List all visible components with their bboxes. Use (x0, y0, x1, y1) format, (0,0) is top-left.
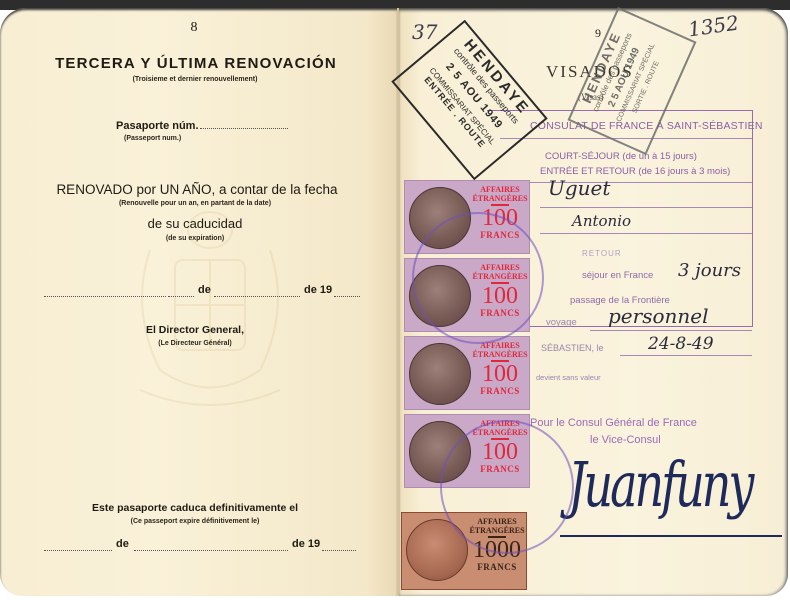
retour-label: RETOUR (582, 249, 622, 258)
passport-number-blank (200, 128, 288, 129)
expiry-text: de su caducidad (0, 216, 394, 231)
handwritten-duration: 3 jours (678, 260, 741, 281)
renewed-text: RENOVADO por UN AÑO, a contar de la fech… (0, 182, 396, 197)
date-line (620, 355, 752, 356)
marianne-portrait-icon (409, 343, 471, 405)
passport-number-label-fr: (Passeport num.) (124, 135, 181, 142)
final-de-label-2: de 19 (292, 538, 320, 550)
handwritten-first-name: Antonio (572, 212, 631, 230)
handwritten-purpose: personnel (608, 304, 709, 328)
fiscal-stamp-unit: FRANCS (471, 386, 529, 396)
fiscal-stamp-unit: FRANCS (468, 562, 526, 572)
fiscal-stamp-line2: ÉTRANGÈRES (471, 350, 529, 359)
name-line (540, 207, 752, 208)
year-blank (334, 296, 360, 297)
fiscal-stamp: AFFAIRESÉTRANGÈRES100FRANCS (404, 336, 530, 410)
cancellation-circle-stamp-2 (440, 420, 574, 554)
renewal-title-fr: (Troisieme et dernier renouvellement) (0, 76, 394, 83)
day-blank-2 (168, 296, 194, 297)
fiscal-stamp-value: 100 (471, 362, 529, 386)
handwritten-date: 24-8-49 (648, 334, 714, 354)
passport-number-label: Pasaporte núm. (116, 120, 199, 132)
devient-label: devient sans valeur (536, 373, 601, 382)
place-date-label: SÉBASTIEN, le (541, 343, 604, 353)
court-sejour-option: COURT-SÉJOUR (de un à 15 jours) (545, 151, 697, 162)
vice-consul-label: le Vice-Consul (590, 434, 661, 446)
first-name-line (540, 233, 752, 234)
page-fold (397, 8, 399, 596)
cancellation-circle-stamp (412, 212, 544, 344)
handwritten-surname: Uguet (548, 176, 610, 200)
vice-consul-signature: Juanfuny (568, 448, 751, 521)
renewed-text-fr: (Renouvelle pour un an, en partant de la… (0, 200, 394, 207)
consulate-divider-2 (500, 182, 752, 183)
renewal-title: TERCERA Y ÚLTIMA RENOVACIÓN (0, 55, 395, 72)
consul-line: Pour le Consul Général de France (530, 417, 697, 429)
passport-number-field: Pasaporte núm. (116, 120, 288, 132)
de-label-1: de (198, 284, 211, 296)
month-blank (214, 296, 300, 297)
final-expiry-text-fr: (Ce passeport expire définitivement le) (0, 518, 394, 525)
voyage-line (590, 330, 752, 331)
signature-underline (560, 535, 782, 537)
director-label-fr: (Le Directeur Général) (0, 340, 394, 347)
fiscal-stamp-line2: ÉTRANGÈRES (471, 194, 529, 203)
final-day-blank (44, 550, 112, 551)
final-year-blank (322, 550, 356, 551)
fiscal-stamp-text: AFFAIRESÉTRANGÈRES100FRANCS (471, 341, 529, 396)
expiry-text-fr: (de su expiration) (0, 235, 394, 242)
day-blank (44, 296, 166, 297)
de-label-2: de 19 (304, 284, 332, 296)
voyage-label: voyage (546, 317, 577, 328)
sejour-label: séjour en France (582, 270, 653, 281)
director-label: El Director General, (0, 324, 394, 336)
fiscal-stamp-line1: AFFAIRES (471, 185, 529, 194)
final-month-blank (134, 550, 288, 551)
page-number-left: 8 (0, 20, 393, 36)
final-de-label-1: de (116, 538, 129, 550)
handwritten-number-left: 37 (412, 20, 437, 44)
final-expiry-text: Este pasaporte caduca definitivamente el (0, 502, 394, 514)
page-number-right: 9 (595, 26, 601, 41)
